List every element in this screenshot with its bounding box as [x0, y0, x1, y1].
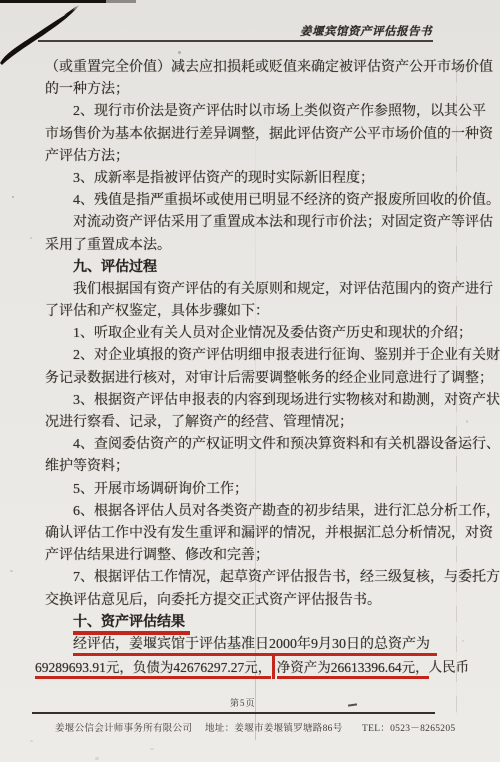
body-line: （或重置完全价值）减去应扣损耗或贬值来确定被评估资产公开市场价值	[45, 57, 437, 79]
scan-speck	[466, 420, 468, 423]
footer-company: 姜堰公信会计师事务所有限公司	[55, 720, 192, 734]
body-line: 4、查阅委估资产的产权证明文件和预决算资料和有关机器设备运行、	[45, 434, 437, 456]
header-rule	[38, 40, 433, 42]
body-line: 7、根据评估工作情况，起草资产评估报告书，经三级复核，与委托方	[45, 567, 437, 589]
scan-speck	[30, 740, 33, 742]
scan-speck	[12, 196, 14, 198]
results-line-2: 69289693.91元，负债为42676297.27元，净资产为2661339…	[35, 656, 469, 678]
page-number: 第5页	[230, 696, 256, 709]
red-vertical-mark	[272, 654, 275, 679]
body-line: 维护等资料；	[45, 456, 437, 478]
body-line: 产评估结果进行调整、修改和完善；	[45, 545, 437, 567]
results-assets-liabilities-text: 69289693.91元，负债为42676297.27元，	[35, 660, 271, 679]
section-heading-evaluation-process: 九、评估过程	[45, 257, 437, 279]
results-currency-text: 人民币	[429, 660, 470, 675]
scan-speck	[150, 748, 154, 750]
results-net-assets-text: 净资产为26613396.64元，	[277, 660, 429, 679]
body-line: 2、对企业填报的资产评估明细申报表进行征询、鉴别并于企业有关财	[45, 345, 437, 367]
scan-speck	[95, 757, 99, 760]
scan-speck	[348, 703, 357, 706]
body-line: 产评估方法；	[45, 146, 437, 168]
body-line: 2、现行市价法是资产评估时以市场上类似资产作参照物，以其公平	[45, 101, 437, 123]
body-line: 交换评估意见后，向委托方提交正式资产评估报告书。	[45, 590, 437, 612]
results-line-1: 经评估，姜堰宾馆于评估基准日2000年9月30日的总资产为	[45, 634, 437, 656]
scan-speck	[462, 640, 464, 642]
body-line: 务记录数据进行核对，对审计后需要调整帐务的经企业同意进行了调整；	[45, 368, 437, 390]
scan-speck	[30, 237, 32, 239]
body-line: 的一种方法；	[45, 79, 437, 101]
body-line: 确认评估工作中没有发生重评和漏评的情况，并根据汇总分析情况，对资	[45, 523, 437, 545]
footer-address: 地址：姜堰市姜堰镇罗塘路86号	[205, 720, 343, 734]
document-header-title: 姜堰宾馆资产评估报告书	[300, 23, 432, 39]
body-line: 我们根据国有资产评估的有关原则和规定，对评估范围内的资产进行	[45, 279, 437, 301]
scan-speck	[178, 51, 181, 54]
body-line: 对流动资产评估采用了重置成本法和现行市价法；对固定资产等评估	[45, 212, 437, 234]
body-line: 3、成新率是指被评估资产的现时实际新旧程度；	[45, 168, 437, 190]
body-line: 了评估和产权鉴定，具体步骤如下：	[45, 301, 437, 323]
body-line: 4、残值是指严重损坏或使用已明显不经济的资产报废所回收的价值。	[45, 190, 437, 212]
results-base-date-text: 经评估，姜堰宾馆于评估基准日2000年9月30日的总资产为	[73, 637, 437, 656]
section-heading-results: 十、资产评估结果	[45, 612, 437, 634]
body-line: 1、听取企业有关人员对企业情况及委估资产历史和现状的介绍；	[45, 323, 437, 345]
document-body: （或重置完全价值）减去应扣损耗或贬值来确定被评估资产公开市场价值 的一种方法； …	[45, 57, 437, 678]
body-line: 5、开展市场调研询价工作；	[45, 479, 437, 501]
footer-telephone: TEL：0523－8265205	[362, 720, 455, 734]
results-heading-text: 十、资产评估结果	[73, 615, 190, 635]
footer-rule	[32, 712, 435, 714]
scan-speck	[10, 570, 13, 572]
body-line: 市场售价为基本依据进行差异调整，据此评估资产公平市场价值的一种资	[45, 124, 437, 146]
scan-artifact-top-bar-faded	[106, 0, 136, 3]
body-line: 况进行察看、记录，了解资产的经营、管理情况；	[45, 412, 437, 434]
body-line: 采用了重置成本法。	[45, 235, 437, 257]
body-line: 3、根据资产评估申报表的内容到现场进行实物核对和勘测，对资产状	[45, 390, 437, 412]
body-line: 6、根据各评估人员对各类资产勘查的初步结果，进行汇总分析工作，	[45, 501, 437, 523]
scanned-document-page: 姜堰宾馆资产评估报告书 （或重置完全价值）减去应扣损耗或贬值来确定被评估资产公开…	[0, 0, 500, 762]
